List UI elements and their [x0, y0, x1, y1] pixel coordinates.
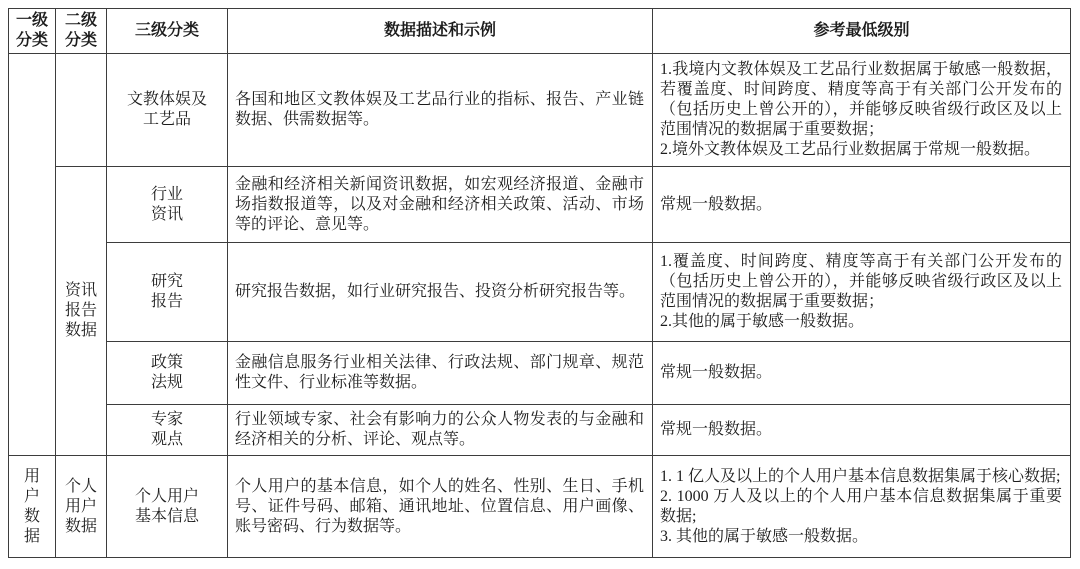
- header-row: 一级 分类 二级 分类 三级分类 数据描述和示例 参考最低级别: [9, 9, 1071, 54]
- cell-level3-expert-opinion: 专家 观点: [107, 405, 228, 456]
- header-cell-min-level: 参考最低级别: [653, 9, 1071, 54]
- table-row: 用 户 数 据 个人 用户 数据 个人用户 基本信息 个人用户的基本信息，如个人…: [9, 456, 1071, 558]
- cell-min-level-personal-basic-info: 1. 1 亿人及以上的个人用户基本信息数据集属于核心数据; 2. 1000 万人…: [653, 456, 1071, 558]
- cell-min-level-culture-arts: 1.我境内文教体娱及工艺品行业数据属于敏感一般数据，若覆盖度、时间跨度、精度等高…: [653, 54, 1071, 167]
- header-cell-level1: 一级 分类: [9, 9, 56, 54]
- cell-description-culture-arts: 各国和地区文教体娱及工艺品行业的指标、报告、产业链数据、供需数据等。: [228, 54, 653, 167]
- cell-level2-row1: [56, 54, 107, 167]
- header-cell-level3: 三级分类: [107, 9, 228, 54]
- cell-level3-culture-arts: 文教体娱及 工艺品: [107, 54, 228, 167]
- cell-level3-industry-news: 行业 资讯: [107, 167, 228, 243]
- cell-level3-policy-regulation: 政策 法规: [107, 342, 228, 405]
- cell-min-level-expert-opinion: 常规一般数据。: [653, 405, 1071, 456]
- table-row: 资讯 报告 数据 行业 资讯 金融和经济相关新闻资讯数据，如宏观经济报道、金融市…: [9, 167, 1071, 243]
- cell-description-research-report: 研究报告数据，如行业研究报告、投资分析研究报告等。: [228, 243, 653, 342]
- cell-level2-info-report: 资讯 报告 数据: [56, 167, 107, 456]
- table-row: 专家 观点 行业领域专家、社会有影响力的公众人物发表的与金融和经济相关的分析、评…: [9, 405, 1071, 456]
- table-row: 研究 报告 研究报告数据，如行业研究报告、投资分析研究报告等。 1.覆盖度、时间…: [9, 243, 1071, 342]
- header-cell-level2: 二级 分类: [56, 9, 107, 54]
- cell-level1-group1: [9, 54, 56, 456]
- cell-level2-personal-user: 个人 用户 数据: [56, 456, 107, 558]
- header-cell-description: 数据描述和示例: [228, 9, 653, 54]
- cell-level3-personal-basic-info: 个人用户 基本信息: [107, 456, 228, 558]
- cell-min-level-industry-news: 常规一般数据。: [653, 167, 1071, 243]
- table-row: 政策 法规 金融信息服务行业相关法律、行政法规、部门规章、规范性文件、行业标准等…: [9, 342, 1071, 405]
- cell-description-policy-regulation: 金融信息服务行业相关法律、行政法规、部门规章、规范性文件、行业标准等数据。: [228, 342, 653, 405]
- cell-description-personal-basic-info: 个人用户的基本信息，如个人的姓名、性别、生日、手机号、证件号码、邮箱、通讯地址、…: [228, 456, 653, 558]
- document-page: 一级 分类 二级 分类 三级分类 数据描述和示例 参考最低级别 文教体娱及 工艺…: [0, 0, 1080, 569]
- cell-min-level-research-report: 1.覆盖度、时间跨度、精度等高于有关部门公开发布的（包括历史上曾公开的），并能够…: [653, 243, 1071, 342]
- data-classification-table: 一级 分类 二级 分类 三级分类 数据描述和示例 参考最低级别 文教体娱及 工艺…: [8, 8, 1071, 558]
- cell-level1-user-data: 用 户 数 据: [9, 456, 56, 558]
- cell-level3-research-report: 研究 报告: [107, 243, 228, 342]
- cell-min-level-policy-regulation: 常规一般数据。: [653, 342, 1071, 405]
- table-row: 文教体娱及 工艺品 各国和地区文教体娱及工艺品行业的指标、报告、产业链数据、供需…: [9, 54, 1071, 167]
- cell-description-expert-opinion: 行业领域专家、社会有影响力的公众人物发表的与金融和经济相关的分析、评论、观点等。: [228, 405, 653, 456]
- cell-description-industry-news: 金融和经济相关新闻资讯数据，如宏观经济报道、金融市场指数报道等，以及对金融和经济…: [228, 167, 653, 243]
